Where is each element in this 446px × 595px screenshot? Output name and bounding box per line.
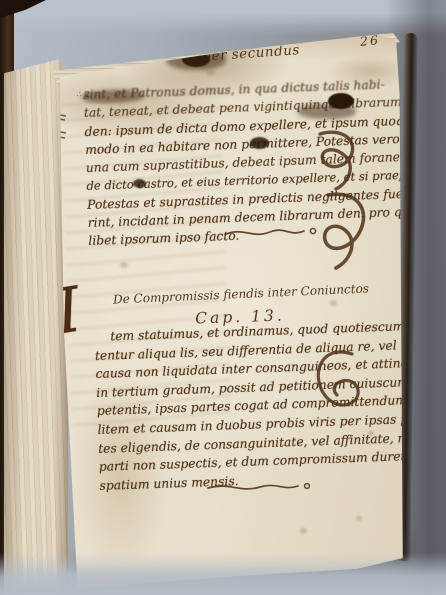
backdrop-top	[0, 0, 446, 34]
paragraph-2: tem statuimus, et ordinamus, quod quotie…	[94, 317, 424, 496]
paragraph-end-flourish-icon	[224, 222, 320, 242]
foxing-spot	[330, 300, 337, 306]
bleedthrough-flourish-icon	[316, 190, 372, 270]
foxing-spot	[120, 262, 128, 268]
backdrop-bottom	[0, 553, 446, 595]
foxing-spot	[356, 516, 362, 521]
ink-blot-icon	[133, 179, 146, 188]
ink-blot-icon	[328, 93, 354, 109]
bleedthrough-flourish-icon	[310, 126, 364, 192]
foxing-spot	[300, 528, 307, 534]
paragraph-end-flourish-icon	[206, 478, 316, 496]
page-stack-left-edges	[4, 56, 68, 595]
foxing-spot	[206, 70, 215, 76]
photo-scene: 26 Liber secundus ∴ 2 sint, et Patronus …	[0, 0, 446, 595]
ink-blot-icon	[250, 137, 269, 149]
foxing-spot	[368, 430, 374, 436]
